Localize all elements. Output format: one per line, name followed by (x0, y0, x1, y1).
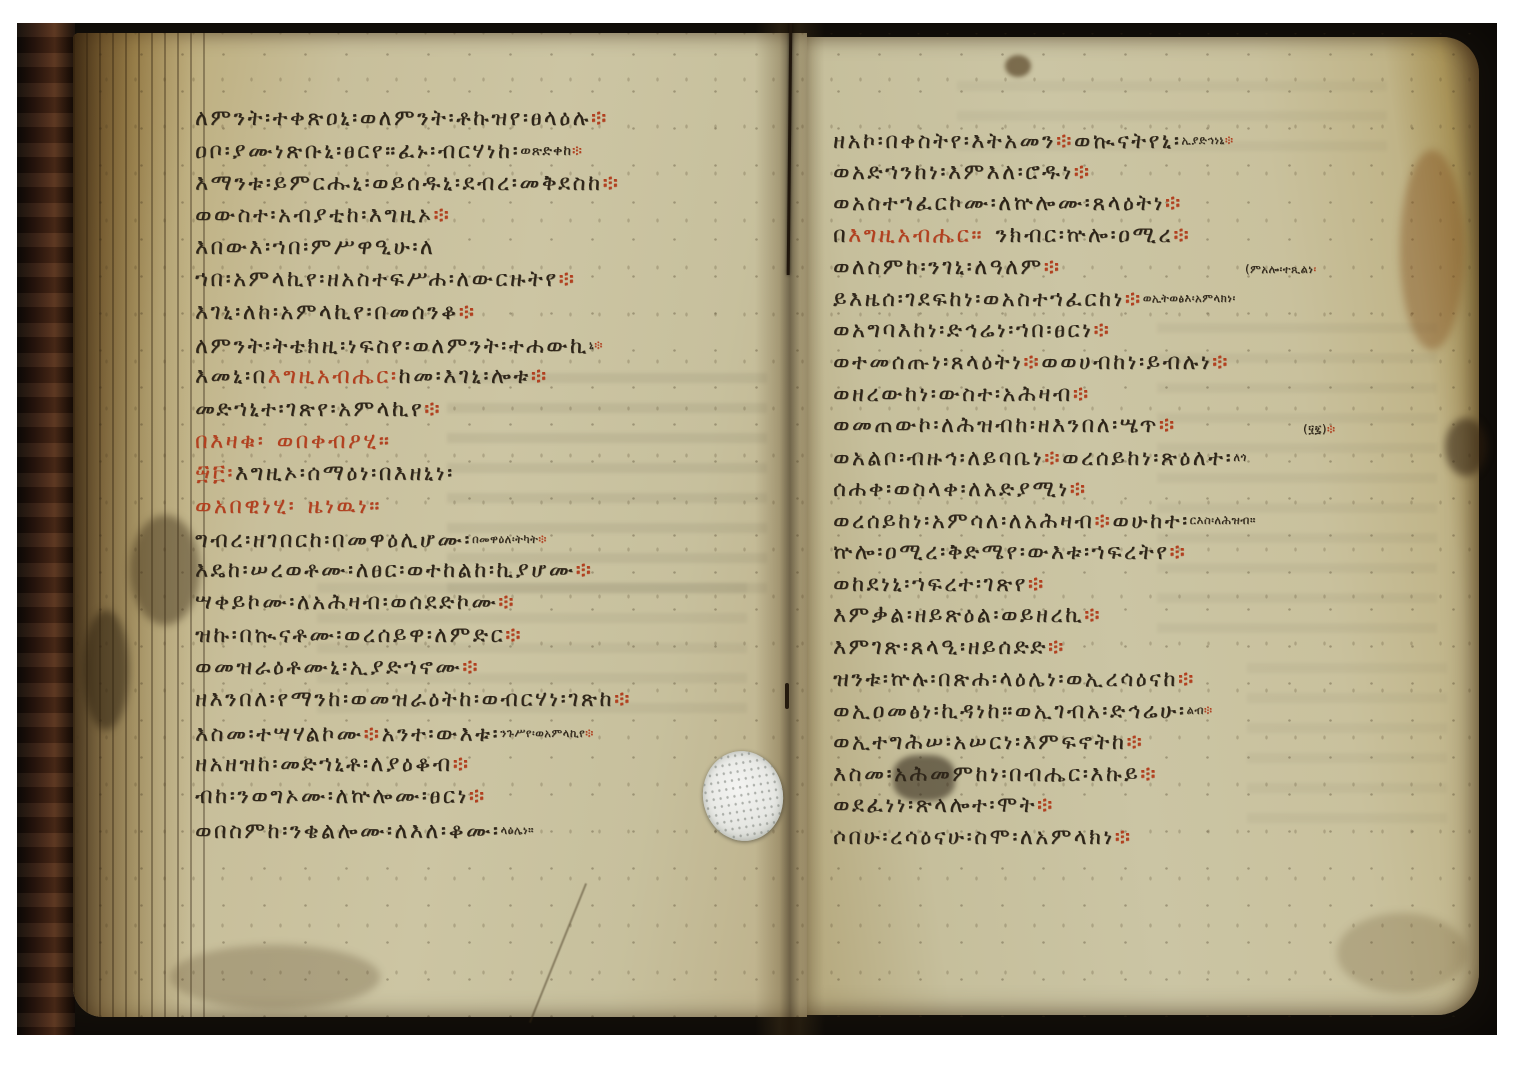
rubric-segment: ፨ (459, 300, 477, 325)
text-segment: ላዕሌነ። (501, 823, 534, 837)
rubric-segment: ፨ (1204, 703, 1213, 717)
rubric-segment: ፨ (531, 364, 549, 389)
text-segment: (፶፯) (1303, 422, 1327, 436)
text-segment: ልብ (1186, 703, 1203, 717)
text-segment: ግብረ፡ዘገበርከ፡በመዋዕሊሆሙ፡ (195, 528, 472, 553)
rubric-segment: ፨ (505, 623, 523, 648)
manuscript-text-line: እምገጽ፡ጸላዒ፡ዘይሰድድ፨ (833, 632, 1481, 664)
rubric-segment: ፨ (1023, 350, 1041, 375)
text-segment: በመዋዕለ፡ትካት (472, 532, 538, 546)
rubric-segment: ፨ (433, 203, 451, 228)
text-segment: ወዘረውከነ፡ውስተ፡አሕዛብ (833, 382, 1073, 407)
scanned-photo-canvas: Ethiopic (Geez) manuscript, black ink wi… (0, 0, 1515, 1071)
manuscript-text-line: ሶበሁ፡ረሳዕናሁ፡ስሞ፡ለአምላክነ፨ (833, 822, 1481, 854)
rubric-segment: ፨ (1094, 509, 1112, 534)
rubric-segment: ፨ (1073, 382, 1091, 407)
manuscript-text-line: ሣቀይኮሙ፡ለአሕዛብ፡ወሰደድኮሙ፨ (195, 587, 795, 619)
manuscript-text-line: ዝኩ፡በኲናቶሙ፡ወረሰይዋ፡ለምድር፨ (195, 620, 795, 652)
text-segment: ወመዝራዕቶሙኒ፡ኢያድኀኖሙ (195, 655, 462, 680)
manuscript-text-line: እዴከ፡ሠረወቶሙ፡ለፀር፡ወተከልከ፡ኪያሆሙ፨ (195, 555, 795, 587)
manuscript-text-line: እመኒ፡በእግዚአብሔር፡ከመ፡እገኒ፡ሎቱ፨ (195, 361, 795, 393)
rubric-segment: ፡ (1313, 262, 1316, 276)
text-segment: ዝንቱ፡ኵሉ፡በጽሐ፡ላዕሌነ፡ወኢረሳዕናከ (833, 667, 1178, 692)
text-segment: (ምአሎ፡ተጺልነ (1245, 262, 1313, 276)
text-segment: ወረሰይከነ፡ጽዕለተ፡ (1062, 446, 1233, 471)
manuscript-text-line: ወመጠውኮ፡ለሕዝብከ፡ዘእንበለ፡ሤጥ፨ (833, 410, 1481, 442)
rubric-segment: ፨ (614, 687, 632, 712)
text-segment: እስመ፡ተሣሃልኮሙ (195, 722, 364, 747)
text-segment: ንጉሥየ፡ወአምላኪየ (500, 726, 585, 740)
manuscript-text-line: ወደፈነነ፡ጽላሎተ፡ሞት፨ (833, 790, 1481, 822)
rubric-segment: ፨ (469, 784, 487, 809)
rubric-segment: ፨ (1178, 667, 1196, 692)
text-segment: ወሁከተ፡ (1112, 509, 1189, 534)
manuscript-text-line: ወኢዐመፅነ፡ኪዳነከ።ወኢገብአ፡ድኅሬሁ፡ልብ፨ (833, 695, 1481, 727)
rubric-segment: ፨ (1056, 129, 1074, 154)
marginal-note: (፶፯)፨ (1303, 422, 1335, 440)
rubric-segment: ፨ (1125, 287, 1143, 312)
rubric-segment: ፨ (1037, 793, 1055, 818)
rubric-segment: ፨ (576, 558, 594, 583)
manuscript-text-line: እስመ፡ተሣሃልኮሙ፨አንተ፡ውእቱ፡ንጉሥየ፡ወአምላኪየ፨ (195, 717, 795, 749)
text-segment: ወአግባእከነ፡ድኅሬነ፡ኀበ፡ፀርነ (833, 318, 1093, 343)
manuscript-text-line: ኀበ፡አምላኪየ፡ዘአስተፍሥሐ፡ለውርዙትየ፨ (195, 264, 795, 296)
rubric-segment: ፨ (364, 722, 382, 747)
manuscript-text-line: ወኢተግሕሠ፡አሠርነ፡እምፍኖትከ፨ (833, 727, 1481, 759)
manuscript-text-line: ዘአኮ፡በቀስትየ፡እትአመን፨ወኲናትየኒ፡ኢያድኅነኒ፨ (833, 125, 1481, 157)
manuscript-text-line: ለምንት፡ትቴክዚ፡ነፍስየ፡ወለምንት፡ተሐውኪኒ፨ (195, 329, 795, 361)
rubric-segment: ፨ (1074, 160, 1092, 185)
rubric-segment: ፨ (1169, 540, 1187, 565)
text-segment: ኢያድኅነኒ (1181, 133, 1224, 147)
manuscript-text-line: ግብረ፡ዘገበርከ፡በመዋዕሊሆሙ፡በመዋዕለ፡ትካት፨ (195, 523, 795, 555)
right-page-text-column: ዘአኮ፡በቀስትየ፡እትአመን፨ወኲናትየኒ፡ኢያድኅነኒ፨ወአድኀንከነ፡እም… (833, 125, 1481, 854)
rubric-segment: ፨ (1212, 350, 1230, 375)
rubric-segment: ፨ (498, 590, 516, 615)
text-segment: በ (833, 223, 848, 248)
rubric-segment: እግዚአብሔር። (848, 223, 995, 248)
rubric-segment: ፨ (1159, 413, 1177, 438)
manuscript-text-line: ሰሐቀ፡ወስላቀ፡ለአድያሚነ፨ (833, 474, 1481, 506)
rubric-segment: ፨ (453, 752, 471, 777)
text-segment: ወአድኀንከነ፡እምእለ፡ሮዱነ (833, 160, 1074, 185)
text-segment: ብከ፡ንወግኦሙ፡ለኵሎሙ፡ፀርነ (195, 784, 469, 809)
rubric-segment: ፨ (1044, 446, 1062, 471)
manuscript-text-line: ወረሰይከነ፡አምሳለ፡ለአሕዛብ፨ወሁከተ፡ርእስ፡ለሕዝብ። (833, 505, 1481, 537)
manuscript-text-line: ዝንቱ፡ኵሉ፡በጽሐ፡ላዕሌነ፡ወኢረሳዕናከ፨ (833, 664, 1481, 696)
text-segment: ወወሀብከነ፡ይብሉነ (1041, 350, 1212, 375)
text-segment: ወኢተግሕሠ፡አሠርነ፡እምፍኖትከ (833, 730, 1126, 755)
rubric-segment: ፨ (1327, 422, 1336, 436)
text-segment: እመኒ፡በ (195, 364, 268, 389)
text-segment: ይእዜሰ፡ገደፍከነ፡ወአስተኀፈርከነ (833, 287, 1125, 312)
manuscript-text-line: ዐቦ፡ያሙነጽቡኒ፡ፀርየ።ፈኑ፡ብርሃነከ፡ወጽድቀከ፨ (195, 135, 795, 167)
text-segment: ሰሐቀ፡ወስላቀ፡ለአድያሚነ (833, 477, 1070, 502)
text-segment: ከመ፡እገኒ፡ሎቱ (399, 364, 531, 389)
rubric-segment: ፨ (1225, 133, 1234, 147)
manuscript-text-line: እምቃል፡ዘይጽዕል፡ወይዘረኪ፨ (833, 600, 1481, 632)
text-segment: ዘአዘዝከ፡መድኀኒቶ፡ለያዕቆብ (195, 752, 453, 777)
rubric-segment: ፨ (1165, 191, 1183, 216)
text-segment: ወአስተኀፈርኮሙ፡ለኵሎሙ፡ጸላዕትነ (833, 191, 1165, 216)
text-segment: ዘእንበለ፡የማንከ፡ወመዝራዕትከ፡ወብርሃነ፡ገጽከ (195, 687, 614, 712)
rubric-segment: በእዛቁ፡ ወበቀብዖሂ። (195, 429, 391, 454)
rubric-segment: ፨ (1044, 255, 1062, 280)
book-spine (17, 23, 75, 1035)
rubric-segment: እግዚአብሔር፡ (268, 364, 399, 389)
manuscript-text-line: እገኒ፡ለከ፡አምላኪየ፡በመሰንቆ፨ (195, 297, 795, 329)
manuscript-text-line: ወተመሰጡነ፡ጸላዕትነ፨ወወሀብከነ፡ይብሉነ፨ (833, 347, 1481, 379)
text-segment: ወበስምከ፡ንቄልሎሙ፡ለእለ፡ቆሙ፡ (195, 819, 501, 844)
rubric-segment: ፨ (424, 397, 442, 422)
manuscript-text-line: ወከደነኒ፡ኀፍረተ፡ገጽየ፨ (833, 569, 1481, 601)
rubric-segment: ፨ (1084, 603, 1102, 628)
rubric-segment: ፨ (559, 267, 577, 292)
rubric-segment: ፨ (462, 655, 480, 680)
manuscript-text-line: በእግዚአብሔር። ንክብር፡ኵሎ፡ዐሚረ፨ (833, 220, 1481, 252)
text-segment: ወጽድቀከ (520, 143, 572, 159)
manuscript-text-line: ወአስተኀፈርኮሙ፡ለኵሎሙ፡ጸላዕትነ፨ (833, 188, 1481, 220)
text-segment: አንተ፡ውእቱ፡ (381, 722, 500, 747)
text-segment: ወመጠውኮ፡ለሕዝብከ፡ዘእንበለ፡ሤጥ (833, 413, 1159, 438)
text-segment: ወደፈነነ፡ጽላሎተ፡ሞት (833, 793, 1037, 818)
text-segment: ወአልቦ፡ብዙኅ፡ለይባቤነ (833, 446, 1044, 471)
text-segment: ዝኩ፡በኲናቶሙ፡ወረሰይዋ፡ለምድር (195, 623, 505, 648)
manuscript-text-line: እበውእ፡ኀበ፡ምሥዋዒሁ፡ለ (195, 232, 795, 264)
rubric-segment: ፨ (1048, 635, 1066, 660)
manuscript-text-line: ወአድኀንከነ፡እምእለ፡ሮዱነ፨ (833, 157, 1481, 189)
text-segment: ዘአኮ፡በቀስትየ፡እትአመን (833, 129, 1056, 154)
rubric-segment: ፨ (1028, 572, 1046, 597)
manuscript-text-line: በእዛቁ፡ ወበቀብዖሂ። (195, 426, 795, 458)
page-edge-stack (73, 33, 211, 1017)
rubric-segment: ፵፫፡ (195, 461, 235, 486)
rubric-segment: ፨ (1070, 477, 1088, 502)
text-segment: እበውእ፡ኀበ፡ምሥዋዒሁ፡ለ (195, 235, 435, 260)
text-segment: ወረሰይከነ፡አምሳለ፡ለአሕዛብ (833, 509, 1094, 534)
text-segment: ወተመሰጡነ፡ጸላዕትነ (833, 350, 1023, 375)
manuscript-text-line: እማንቱ፡ይምርሑኒ፡ወይሰዱኒ፡ደብረ፡መቅደስከ፨ (195, 168, 795, 200)
text-segment: ሣቀይኮሙ፡ለአሕዛብ፡ወሰደድኮሙ (195, 590, 498, 615)
text-segment: ሶበሁ፡ረሳዕናሁ፡ስሞ፡ለአምላክነ (833, 825, 1115, 850)
text-segment: ወውስተ፡አብያቲከ፡እግዚኦ (195, 203, 433, 228)
manuscript-text-line: ዘእንበለ፡የማንከ፡ወመዝራዕትከ፡ወብርሃነ፡ገጽከ፨ (195, 684, 795, 716)
text-segment: ዐቦ፡ያሙነጽቡኒ፡ፀርየ።ፈኑ፡ብርሃነከ፡ (195, 139, 520, 164)
manuscript-text-line: ኵሎ፡ዐሚረ፡ቅድሜየ፡ውእቱ፡ኀፍረትየ፨ (833, 537, 1481, 569)
manuscript-text-line: ለምንት፡ተቀጽዐኒ፡ወለምንት፡ቶኩዝየ፡ፀላዕሉ፨ (195, 103, 795, 135)
rubric-segment: ፨ (1126, 730, 1144, 755)
rubric-segment: ፨ (585, 726, 594, 740)
text-segment: ንክብር፡ኵሎ፡ዐሚረ (996, 223, 1174, 248)
manuscript-text-line: ወአበዊነሂ፡ ዜነዉነ። (195, 491, 795, 523)
rubric-segment: ፨ (538, 532, 547, 546)
text-segment: ወከደነኒ፡ኀፍረተ፡ገጽየ (833, 572, 1028, 597)
manuscript-text-line: መድኀኒተ፡ገጽየ፡አምላኪየ፨ (195, 394, 795, 426)
left-page-text-column: ለምንት፡ተቀጽዐኒ፡ወለምንት፡ቶኩዝየ፡ፀላዕሉ፨ዐቦ፡ያሙነጽቡኒ፡ፀርየ… (195, 103, 795, 846)
text-segment: ርእስ፡ለሕዝብ። (1190, 513, 1256, 527)
rubric-segment: ፨ (1093, 318, 1111, 343)
text-segment: ኀበ፡አምላኪየ፡ዘአስተፍሥሐ፡ለውርዙትየ (195, 267, 559, 292)
rubric-segment: ፨ (594, 338, 603, 352)
text-segment: ኵሎ፡ዐሚረ፡ቅድሜየ፡ውእቱ፡ኀፍረትየ (833, 540, 1169, 565)
manuscript-text-line: ወአግባእከነ፡ድኅሬነ፡ኀበ፡ፀርነ፨ (833, 315, 1481, 347)
manuscript-photo: ለምንት፡ተቀጽዐኒ፡ወለምንት፡ቶኩዝየ፡ፀላዕሉ፨ዐቦ፡ያሙነጽቡኒ፡ፀርየ… (17, 23, 1497, 1035)
manuscript-text-line: ወመዝራዕቶሙኒ፡ኢያድኀኖሙ፨ (195, 652, 795, 684)
manuscript-text-line: እስመ፡አሕመምከነ፡በብሔር፡እኩይ፨ (833, 759, 1481, 791)
text-segment: እዴከ፡ሠረወቶሙ፡ለፀር፡ወተከልከ፡ኪያሆሙ (195, 558, 576, 583)
text-segment: ለጎ (1233, 450, 1246, 464)
text-segment: ወኢዐመፅነ፡ኪዳነከ።ወኢገብአ፡ድኅሬሁ፡ (833, 699, 1186, 724)
manuscript-text-line: ወለስምከ፡ንገኒ፡ለዓለም፨ (833, 252, 1481, 284)
text-segment: ወኢትወፅእ፡አምላክነ፡ (1143, 291, 1236, 305)
text-segment: ወለስምከ፡ንገኒ፡ለዓለም (833, 255, 1044, 280)
rubric-segment: ፨ (603, 171, 621, 196)
manuscript-text-line: ወውስተ፡አብያቲከ፡እግዚኦ፨ (195, 200, 795, 232)
rubric-segment: ፨ (1173, 223, 1191, 248)
rubric-segment: ወአበዊነሂ፡ ዜነዉነ። (195, 494, 382, 519)
manuscript-text-line: ይእዜሰ፡ገደፍከነ፡ወአስተኀፈርከነ፨ወኢትወፅእ፡አምላክነ፡ (833, 283, 1481, 315)
text-segment: ወኲናትየኒ፡ (1074, 129, 1181, 154)
text-segment: እማንቱ፡ይምርሑኒ፡ወይሰዱኒ፡ደብረ፡መቅደስከ (195, 171, 603, 196)
rubric-segment: ፨ (572, 143, 583, 159)
manuscript-text-line: ወዘረውከነ፡ውስተ፡አሕዛብ፨ (833, 379, 1481, 411)
text-segment: እምገጽ፡ጸላዒ፡ዘይሰድድ (833, 635, 1048, 660)
rubric-segment: ፨ (1140, 762, 1158, 787)
text-segment: እገኒ፡ለከ፡አምላኪየ፡በመሰንቆ (195, 300, 459, 325)
text-segment: መድኀኒተ፡ገጽየ፡አምላኪየ (195, 397, 424, 422)
rubric-segment: ፨ (591, 106, 609, 131)
text-segment: ለምንት፡ተቀጽዐኒ፡ወለምንት፡ቶኩዝየ፡ፀላዕሉ (195, 106, 591, 131)
rubric-segment: ፨ (1115, 825, 1133, 850)
manuscript-text-line: ወበስምከ፡ንቄልሎሙ፡ለእለ፡ቆሙ፡ላዕሌነ። (195, 814, 795, 846)
text-segment: ለምንት፡ትቴክዚ፡ነፍስየ፡ወለምንት፡ተሐውኪ (195, 334, 589, 359)
manuscript-text-line: ወአልቦ፡ብዙኅ፡ለይባቤነ፨ወረሰይከነ፡ጽዕለተ፡ለጎ (833, 442, 1481, 474)
text-segment: እምቃል፡ዘይጽዕል፡ወይዘረኪ (833, 603, 1084, 628)
text-segment: እስመ፡አሕመምከነ፡በብሔር፡እኩይ (833, 762, 1140, 787)
manuscript-text-line: ፵፫፡እግዚኦ፡ሰማዕነ፡በእዘኒነ፡ (195, 458, 795, 490)
text-segment: እግዚኦ፡ሰማዕነ፡በእዘኒነ፡ (235, 461, 455, 486)
marginal-note: (ምአሎ፡ተጺልነ፡ (1245, 262, 1317, 280)
